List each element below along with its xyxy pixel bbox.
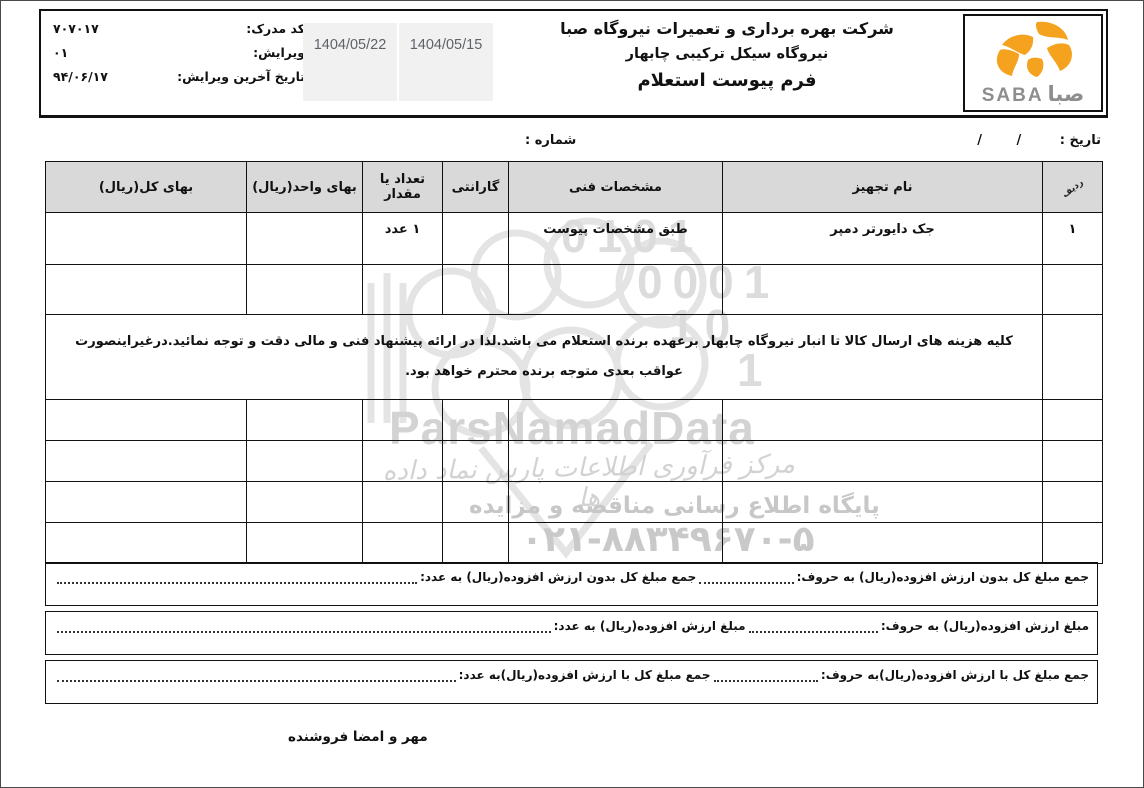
total-price-cell: [46, 482, 247, 523]
shipping-note: کلیه هزینه های ارسال کالا تا انبار نیروگ…: [46, 315, 1043, 400]
specs-cell: [509, 523, 723, 564]
table-row: ۱ جک دایورتر دمپر طبق مشخصات پیوست ۱ عدد: [46, 213, 1103, 265]
warranty-cell: [443, 523, 509, 564]
unit-price-cell: [247, 482, 363, 523]
specs-cell: طبق مشخصات پیوست: [509, 213, 723, 265]
dotted-fill: [57, 619, 551, 633]
total-without-vat-words-label: جمع مبلغ کل بدون ارزش افزوده(ریال) به حر…: [797, 570, 1089, 584]
specs-cell: [509, 400, 723, 441]
total-price-cell: [46, 213, 247, 265]
date-cells: 1404/05/22 1404/05/15: [303, 23, 493, 101]
form-date-slashes: / /: [977, 133, 1021, 148]
form-number-label: شماره :: [525, 133, 576, 148]
note-row: کلیه هزینه های ارسال کالا تا انبار نیروگ…: [46, 315, 1103, 400]
warranty-cell: [443, 400, 509, 441]
revision-row: ویرایش: ۰۱: [53, 45, 305, 60]
total-without-vat-row: جمع مبلغ کل بدون ارزش افزوده(ریال) به حر…: [45, 562, 1098, 606]
row-number-cell: [1043, 482, 1103, 523]
doc-code-value: ۷۰۷۰۱۷: [53, 21, 99, 36]
row-number-cell: ۱: [1043, 213, 1103, 265]
date-cell-deadline: 1404/05/15: [399, 23, 493, 101]
warranty-cell: [443, 441, 509, 482]
company-title-block: شرکت بهره برداری و تعمیرات نیروگاه صبا ن…: [493, 15, 961, 91]
total-price-cell: [46, 265, 247, 315]
reference-line: شماره : تاریخ : / /: [45, 129, 1103, 157]
specs-cell: [509, 441, 723, 482]
total-with-vat-words-label: جمع مبلغ کل با ارزش افزوده(ریال)به حروف:: [821, 668, 1089, 682]
document-info-box: کد مدرک: ۷۰۷۰۱۷ ویرایش: ۰۱ تاریخ آخرین و…: [53, 21, 305, 93]
warranty-cell: [443, 213, 509, 265]
dotted-fill: [714, 668, 818, 682]
table-row: [46, 400, 1103, 441]
total-price-cell: [46, 523, 247, 564]
quantity-cell: ۱ عدد: [363, 213, 443, 265]
quantity-cell: [363, 441, 443, 482]
col-quantity: تعداد یا مقدار: [363, 162, 443, 213]
unit-price-cell: [247, 523, 363, 564]
saba-flame-icon: [991, 20, 1075, 78]
form-header-band: کد مدرک: ۷۰۷۰۱۷ ویرایش: ۰۱ تاریخ آخرین و…: [39, 9, 1108, 118]
items-table: ردیف نام تجهیز مشخصات فنی گارانتی تعداد …: [45, 161, 1103, 564]
col-total-price: بهای کل(ریال): [46, 162, 247, 213]
col-row-number: ردیف: [1043, 162, 1103, 213]
specs-cell: [509, 265, 723, 315]
doc-code-row: کد مدرک: ۷۰۷۰۱۷: [53, 21, 305, 36]
form-date-field: تاریخ : / /: [977, 133, 1101, 148]
quantity-cell: [363, 482, 443, 523]
doc-code-label: کد مدرک:: [246, 21, 305, 36]
row-number-cell: [1043, 441, 1103, 482]
equipment-cell: [723, 400, 1043, 441]
vat-number-label: مبلغ ارزش افزوده(ریال) به عدد:: [554, 619, 746, 633]
date-cell-publish: 1404/05/22: [303, 23, 397, 101]
equipment-cell: [723, 523, 1043, 564]
last-revision-row: تاریخ آخرین ویرایش: ۹۴/۰۶/۱۷: [53, 69, 305, 84]
row-number-cell: [1043, 523, 1103, 564]
total-without-vat-number-label: جمع مبلغ کل بدون ارزش افزوده(ریال) به عد…: [420, 570, 696, 584]
row-number-cell: [1043, 265, 1103, 315]
table-row: [46, 441, 1103, 482]
dotted-fill: [699, 570, 793, 584]
last-revision-label: تاریخ آخرین ویرایش:: [177, 69, 305, 84]
unit-price-cell: [247, 265, 363, 315]
saba-logo-wordmark: SABA صبا: [982, 82, 1085, 107]
revision-label: ویرایش:: [253, 45, 305, 60]
saba-logo-box: SABA صبا: [963, 14, 1103, 112]
quantity-cell: [363, 400, 443, 441]
unit-price-cell: [247, 441, 363, 482]
total-with-vat-row: جمع مبلغ کل با ارزش افزوده(ریال)به حروف:…: [45, 660, 1098, 704]
specs-cell: [509, 482, 723, 523]
form-title: فرم پیوست استعلام: [493, 70, 961, 91]
col-unit-price: بهای واحد(ریال): [247, 162, 363, 213]
total-price-cell: [46, 441, 247, 482]
row-number-cell: [1043, 400, 1103, 441]
plant-name: نیروگاه سیکل ترکیبی چابهار: [493, 46, 961, 62]
equipment-cell: [723, 265, 1043, 315]
company-name: شرکت بهره برداری و تعمیرات نیروگاه صبا: [493, 19, 961, 38]
vat-words-label: مبلغ ارزش افزوده(ریال) به حروف:: [881, 619, 1089, 633]
form-date-label: تاریخ :: [1060, 133, 1101, 148]
saba-logo-farsi: صبا: [1048, 82, 1085, 106]
dotted-fill: [57, 668, 456, 682]
vat-amount-row: مبلغ ارزش افزوده(ریال) به حروف: مبلغ ارز…: [45, 611, 1098, 655]
inquiry-form-page: 0101 0001 10 1 ParsNamadData مرکز فرآوری…: [0, 0, 1144, 788]
table-header-row: ردیف نام تجهیز مشخصات فنی گارانتی تعداد …: [46, 162, 1103, 213]
unit-price-cell: [247, 400, 363, 441]
equipment-cell: [723, 482, 1043, 523]
dotted-fill: [57, 570, 417, 584]
warranty-cell: [443, 482, 509, 523]
equipment-cell: جک دایورتر دمپر: [723, 213, 1043, 265]
table-row: [46, 265, 1103, 315]
revision-value: ۰۱: [53, 45, 68, 60]
total-price-cell: [46, 400, 247, 441]
seller-seal-signature-label: مهر و امضا فروشنده: [288, 729, 428, 745]
row-number-cell: [1043, 315, 1103, 400]
warranty-cell: [443, 265, 509, 315]
col-equipment-name: نام تجهیز: [723, 162, 1043, 213]
saba-logo-latin: SABA: [982, 85, 1044, 107]
quantity-cell: [363, 523, 443, 564]
col-warranty: گارانتی: [443, 162, 509, 213]
dotted-fill: [749, 619, 878, 633]
equipment-cell: [723, 441, 1043, 482]
table-row: [46, 523, 1103, 564]
quantity-cell: [363, 265, 443, 315]
unit-price-cell: [247, 213, 363, 265]
table-row: [46, 482, 1103, 523]
last-revision-value: ۹۴/۰۶/۱۷: [53, 69, 108, 84]
total-with-vat-number-label: جمع مبلغ کل با ارزش افزوده(ریال)به عدد:: [459, 668, 711, 682]
col-technical-specs: مشخصات فنی: [509, 162, 723, 213]
